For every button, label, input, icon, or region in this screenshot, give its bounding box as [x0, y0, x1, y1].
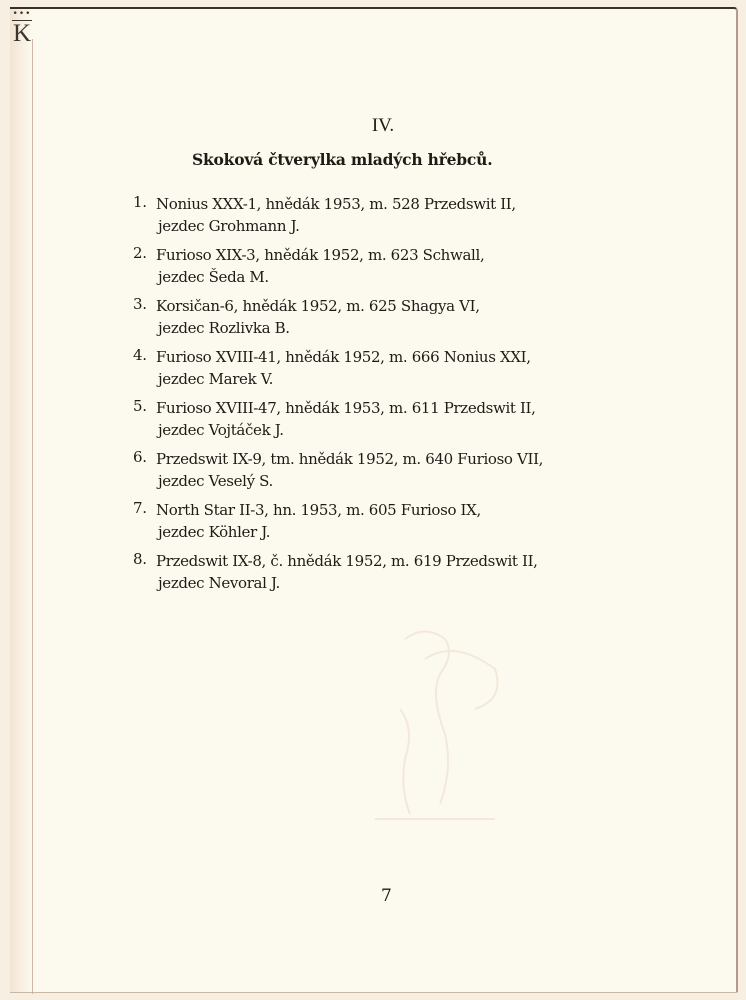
entry-rider: jezdec Marek V. [156, 368, 631, 390]
entry-rider: jezdec Veselý S. [156, 470, 631, 492]
list-item: 1. Nonius XXX-1, hnědák 1953, m. 528 Prz… [131, 193, 631, 244]
entry-number: 4. [133, 346, 147, 364]
list-item: 5. Furioso XVIII-47, hnědák 1953, m. 611… [131, 397, 631, 448]
entry-number: 2. [133, 244, 147, 262]
entry-number: 1. [133, 193, 147, 211]
entry-rider: jezdec Vojtáček J. [156, 419, 631, 441]
entry-number: 7. [133, 499, 147, 517]
entry-number: 6. [133, 448, 147, 466]
entry-rider: jezdec Rozlivka B. [156, 317, 631, 339]
section-title: Skoková čtverylka mladých hřebců. [192, 150, 492, 169]
entry-horse: Furioso XVIII-41, hnědák 1952, m. 666 No… [156, 346, 631, 368]
entry-horse: Korsičan-6, hnědák 1952, m. 625 Shagya V… [156, 295, 631, 317]
entry-rider: jezdec Nevoral J. [156, 572, 631, 594]
corner-logo: ••• K [10, 10, 34, 50]
entry-horse: Przedswit IX-8, č. hnědák 1952, m. 619 P… [156, 550, 631, 572]
entry-horse: Przedswit IX-9, tm. hnědák 1952, m. 640 … [156, 448, 631, 470]
list-item: 8. Przedswit IX-8, č. hnědák 1952, m. 61… [131, 550, 631, 601]
entry-number: 5. [133, 397, 147, 415]
logo-letter: K [10, 22, 34, 46]
list-item: 4. Furioso XVIII-41, hnědák 1952, m. 666… [131, 346, 631, 397]
list-item: 6. Przedswit IX-9, tm. hnědák 1952, m. 6… [131, 448, 631, 499]
entry-rider: jezdec Grohmann J. [156, 215, 631, 237]
entry-number: 3. [133, 295, 147, 313]
page-fold-line [32, 39, 33, 994]
entry-horse: Furioso XIX-3, hnědák 1952, m. 623 Schwa… [156, 244, 631, 266]
list-item: 7. North Star II-3, hn. 1953, m. 605 Fur… [131, 499, 631, 550]
entry-horse: North Star II-3, hn. 1953, m. 605 Furios… [156, 499, 631, 521]
entry-list: 1. Nonius XXX-1, hnědák 1953, m. 528 Prz… [131, 193, 631, 601]
entry-horse: Nonius XXX-1, hnědák 1953, m. 528 Przeds… [156, 193, 631, 215]
entry-number: 8. [133, 550, 147, 568]
entry-rider: jezdec Köhler J. [156, 521, 631, 543]
list-item: 2. Furioso XIX-3, hnědák 1952, m. 623 Sc… [131, 244, 631, 295]
show-through-illustration-icon [365, 619, 515, 829]
chapter-number: IV. [0, 115, 746, 137]
page-number: 7 [381, 886, 392, 906]
entry-rider: jezdec Šeda M. [156, 266, 631, 288]
entry-horse: Furioso XVIII-47, hnědák 1953, m. 611 Pr… [156, 397, 631, 419]
page-edge-shadow [10, 9, 32, 992]
list-item: 3. Korsičan-6, hnědák 1952, m. 625 Shagy… [131, 295, 631, 346]
logo-dots: ••• [10, 10, 34, 18]
